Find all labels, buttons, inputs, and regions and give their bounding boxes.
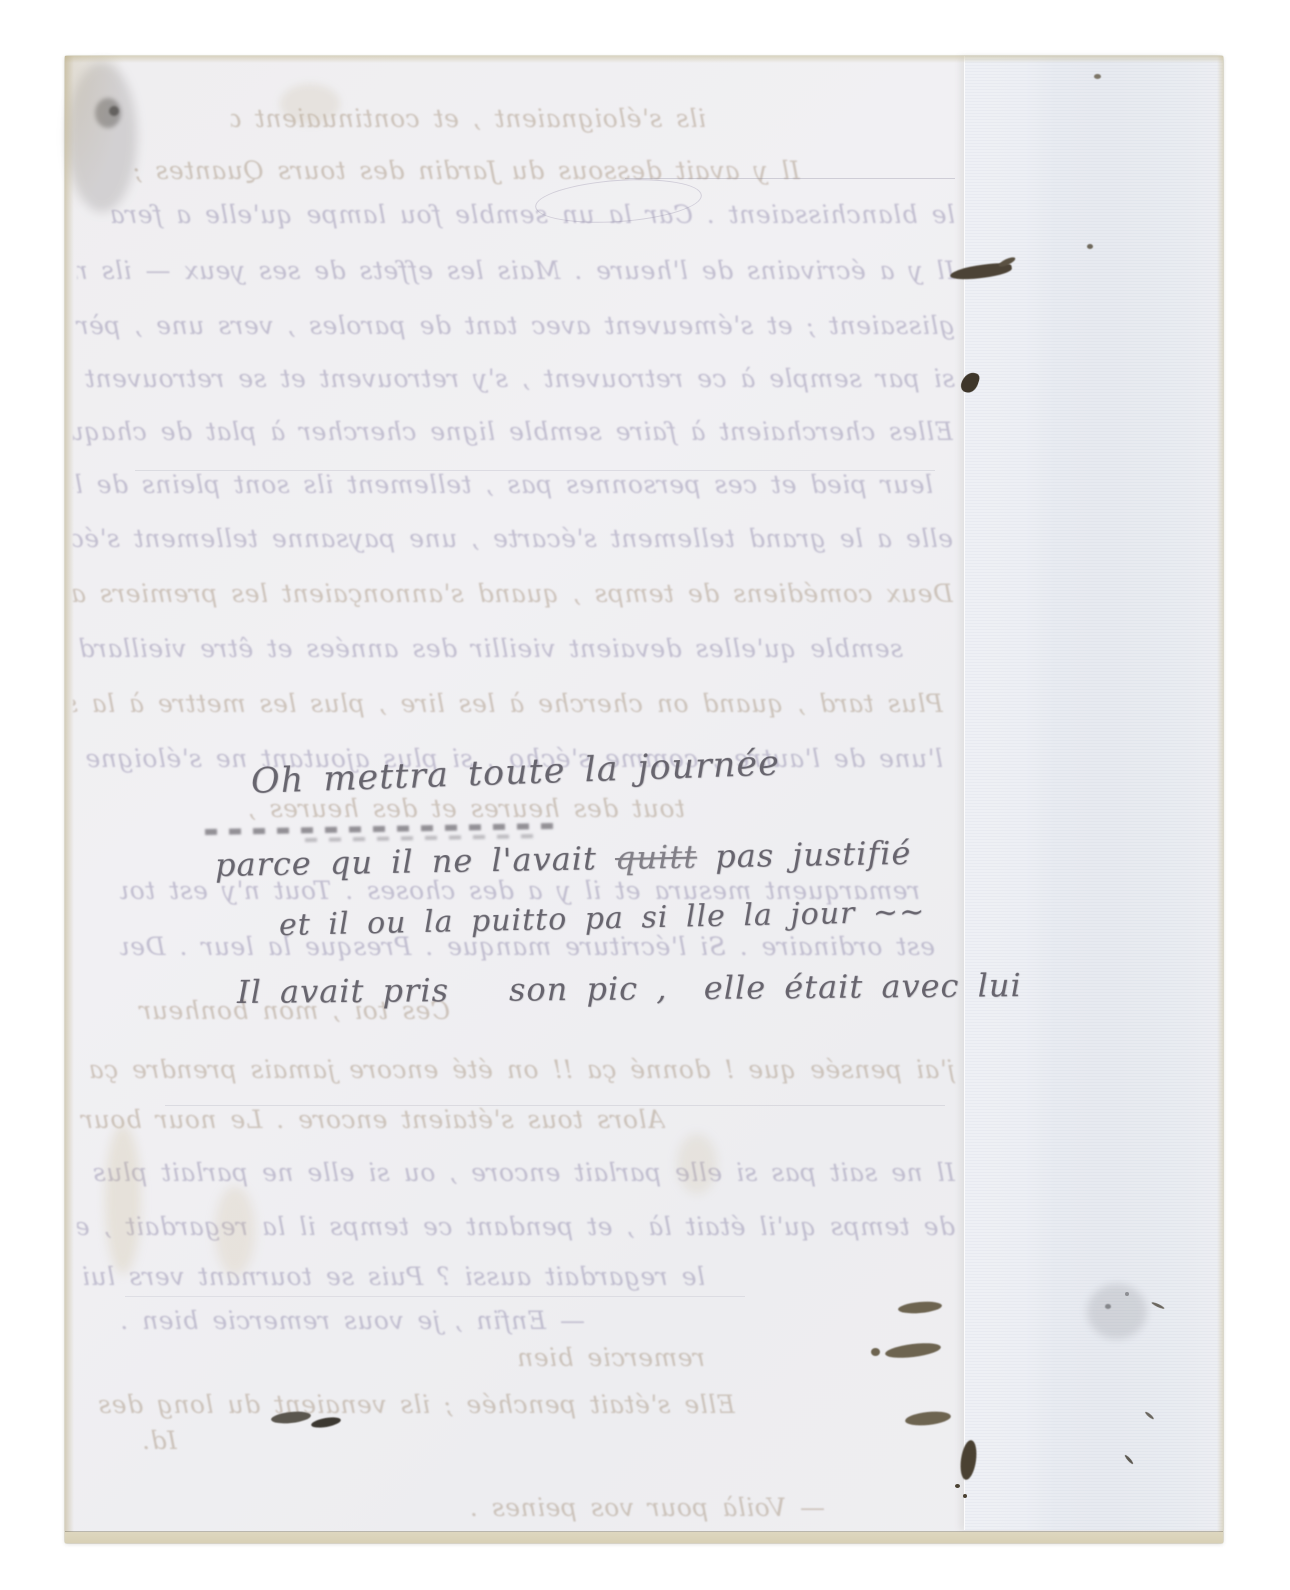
scan-background: ils s'éloignaient , et continuaient dans…: [0, 0, 1290, 1590]
pencil-text-segment: pas justifié: [697, 834, 912, 876]
pencil-text-segment: Oh mettra toute la journée: [250, 744, 780, 802]
pencil-text-segment: et il ou la puitto pa si lle la jour: [279, 896, 856, 943]
pencil-annotations-layer: Oh mettra toute la journéeparce qu il ne…: [65, 56, 1223, 1543]
pencil-line: parce qu il ne l'avait quitt pas justifi…: [215, 834, 912, 884]
pencil-line: Il avait prisson pic , elle était avec l…: [237, 966, 1022, 1011]
pencil-line: et il ou la puitto pa si lle la jour ∼∼: [279, 894, 926, 943]
pencil-text-segment: parce qu il ne l'avait: [215, 839, 616, 884]
pencil-line: Oh mettra toute la journée: [250, 744, 780, 802]
pencil-text-segment: ∼∼: [855, 894, 926, 930]
pencil-struck-word: quitt: [615, 838, 698, 877]
pencil-text-segment: son pic , elle était avec lui: [509, 966, 1022, 1008]
paper: ils s'éloignaient , et continuaient dans…: [65, 56, 1223, 1543]
pencil-text-segment: Il avait pris: [237, 971, 449, 1011]
